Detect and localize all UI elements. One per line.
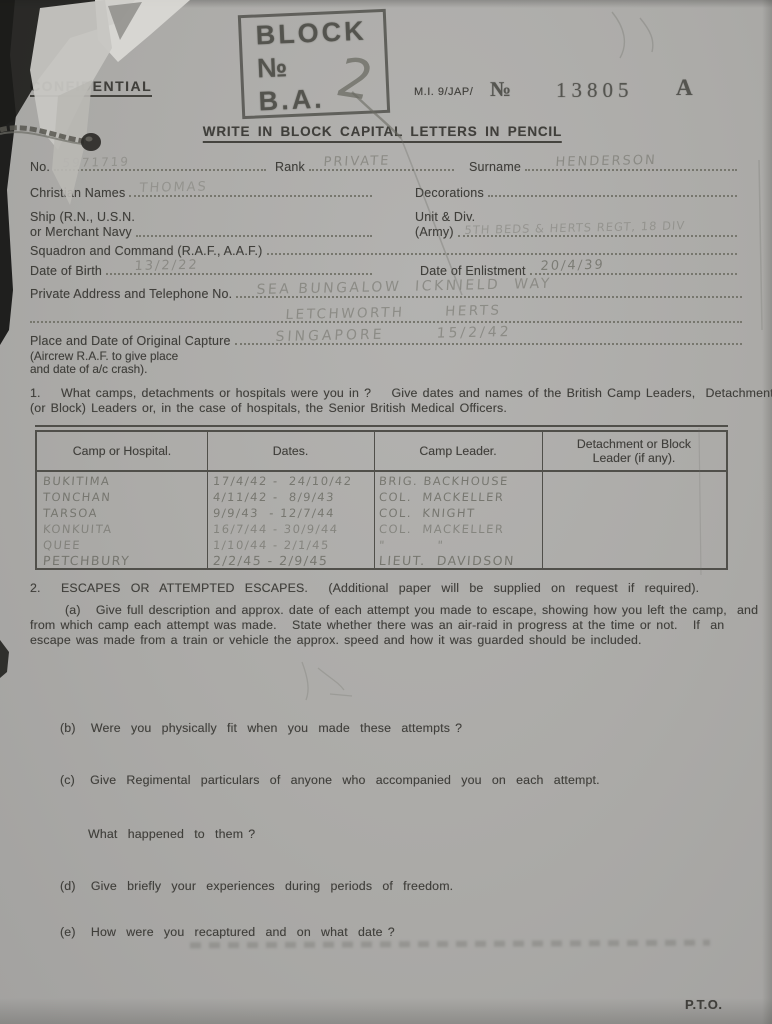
capture-note-line1: (Aircrew R.A.F. to give place	[30, 350, 178, 363]
question2e: (e) How were you recaptured and on what …	[60, 925, 395, 941]
unit-div-field-line: 5TH BEDS & HERTS REGT, 18 DIV	[458, 233, 737, 237]
camp-name: BUKITIMA	[43, 474, 111, 488]
pto-marking: P.T.O.	[685, 997, 722, 1012]
torn-paper-shadow	[108, 2, 142, 40]
corner-dark-patch	[0, 0, 135, 128]
unit-div-label-line2: (Army)	[415, 225, 454, 240]
capture-value: SINGAPORE 15/2/42	[275, 324, 512, 345]
camp-dates: 17/4/42 - 24/10/42	[213, 474, 354, 488]
camp-row: KONKUITA 16/7/44 - 30/9/44 COL. MACKELLE…	[37, 522, 726, 538]
ref-prefix: M.I. 9/JAP/	[414, 86, 473, 98]
ref-no-symbol: №	[490, 77, 511, 102]
pencil-scribble	[612, 12, 653, 58]
rank-field-line: PRIVATE	[309, 167, 454, 171]
address-value-line2: LETCHWORTH HERTS	[285, 302, 502, 323]
question2a-line3: escape was made from a train or vehicle …	[30, 633, 642, 649]
camp-leader: BRIG. BACKHOUSE	[379, 474, 510, 488]
date-of-birth-label: Date of Birth	[30, 264, 102, 278]
question1-line2: (or Block) Leaders or, in the case of ho…	[30, 401, 507, 417]
camp-dates: 1/10/44 - 2/1/45	[213, 538, 331, 552]
no-value: 5971719	[62, 155, 130, 170]
capture-field-line: SINGAPORE 15/2/42	[235, 341, 742, 345]
question2b: (b) Were you physically fit when you mad…	[60, 721, 462, 737]
camp-dates: 4/11/42 - 8/9/43	[213, 490, 336, 504]
grommet	[81, 133, 101, 151]
block-stamp-line1: BLOCK	[255, 14, 384, 53]
christian-names-label: Christian Names	[30, 186, 125, 200]
camp-leader: COL. KNIGHT	[379, 506, 477, 520]
camp-name: PETCHBURY	[42, 553, 130, 568]
question2a-line2: from which camp each attempt was made. S…	[30, 618, 724, 634]
surname-value: HENDERSON	[555, 153, 657, 170]
christian-names-field-line: THOMAS	[129, 193, 372, 197]
ship-label-line2: or Merchant Navy	[30, 225, 132, 240]
pow-questionnaire-scan: CONFIDENTIAL BLOCK № B.A. 2 M.I. 9/JAP/ …	[0, 0, 772, 1024]
question2c-followup: What happened to them ?	[88, 827, 255, 843]
rank-value: PRIVATE	[323, 154, 391, 170]
torn-paper-piece	[30, 0, 112, 150]
ink-bleed-through	[190, 940, 710, 949]
camp-row: PETCHBURY 2/2/45 - 2/9/45 LIEUT. DAVIDSO…	[37, 553, 726, 569]
header-dates: Dates.	[207, 432, 374, 470]
left-edge-shadow	[0, 0, 16, 345]
camp-name: KONKUITA	[43, 522, 114, 536]
ref-number: 13805	[556, 78, 634, 103]
camp-row: QUEE 1/10/44 - 2/1/45 " "	[37, 538, 726, 554]
address-label: Private Address and Telephone No.	[30, 287, 232, 301]
header-detachment-leader: Detachment or Block Leader (if any).	[542, 432, 726, 470]
squadron-label: Squadron and Command (R.A.F., A.A.F.)	[30, 244, 263, 258]
question2d: (d) Give briefly your experiences during…	[60, 879, 453, 895]
camp-leader: " "	[379, 538, 445, 552]
surname-field-line: HENDERSON	[525, 167, 737, 171]
camp-name: TARSOA	[43, 506, 99, 520]
torn-paper-piece	[95, 0, 190, 62]
capture-label: Place and Date of Original Capture	[30, 334, 231, 348]
decorations-field-line	[488, 193, 737, 197]
camp-leader: LIEUT. DAVIDSON	[378, 553, 515, 568]
address-value-line1: SEA BUNGALOW ICKNIELD WAY	[256, 276, 552, 298]
left-edge-nick	[0, 640, 9, 678]
camp-leader: COL. MACKELLER	[379, 522, 505, 536]
date-of-enlistment-value: 20/4/39	[540, 258, 605, 274]
ship-field-line	[136, 233, 372, 237]
camp-dates: 9/9/43 - 12/7/44	[213, 506, 336, 520]
date-of-enlistment-field-line: 20/4/39	[530, 271, 737, 275]
no-field-line: 5971719	[54, 167, 266, 171]
camp-dates: 2/2/45 - 2/9/45	[212, 553, 328, 568]
rank-label: Rank	[275, 160, 305, 174]
address-field-line1: SEA BUNGALOW ICKNIELD WAY	[236, 294, 742, 298]
camp-row: TARSOA 9/9/43 - 12/7/44 COL. KNIGHT	[37, 506, 726, 522]
header-camp-leader: Camp Leader.	[374, 432, 542, 470]
camp-leader: COL. MACKELLER	[379, 490, 505, 504]
tag-string-highlight	[0, 132, 84, 144]
confidential-marking: CONFIDENTIAL	[30, 78, 152, 97]
grommet-highlight	[86, 137, 93, 142]
address-field-line2: LETCHWORTH HERTS	[30, 319, 742, 323]
camp-name: TONCHAN	[43, 490, 112, 504]
no-label: No.	[30, 160, 50, 174]
camp-row: TONCHAN 4/11/42 - 8/9/43 COL. MACKELLER	[37, 490, 726, 506]
camp-dates: 16/7/44 - 30/9/44	[213, 522, 340, 536]
header-camp-or-hospital: Camp or Hospital.	[37, 432, 207, 470]
date-of-birth-field-line: 13/2/22	[106, 271, 372, 275]
camp-name: QUEE	[43, 538, 82, 552]
tag-string	[0, 128, 84, 141]
decorations-label: Decorations	[415, 186, 484, 200]
question1-line1: 1. What camps, detachments or hospitals …	[30, 386, 772, 402]
squadron-field-line	[267, 251, 737, 255]
ref-series-letter: A	[676, 75, 693, 101]
question2a-line1: (a) Give full description and approx. da…	[65, 603, 758, 619]
ship-label-line1: Ship (R.N., U.S.N.	[30, 210, 375, 225]
paper-crease	[759, 160, 762, 330]
form-instruction-heading: WRITE IN BLOCK CAPITAL LETTERS IN PENCIL	[203, 124, 562, 143]
camps-table-header-row: Camp or Hospital. Dates. Camp Leader. De…	[37, 432, 726, 472]
date-of-birth-value: 13/2/22	[134, 258, 199, 274]
christian-names-value: THOMAS	[139, 180, 208, 196]
camps-table: Camp or Hospital. Dates. Camp Leader. De…	[35, 430, 728, 570]
camp-row: BUKITIMA 17/4/42 - 24/10/42 BRIG. BACKHO…	[37, 474, 726, 490]
pencil-smudge	[302, 662, 352, 700]
surname-label: Surname	[469, 160, 521, 174]
question2c: (c) Give Regimental particulars of anyon…	[60, 773, 600, 789]
question2-title: 2. ESCAPES OR ATTEMPTED ESCAPES. (Additi…	[30, 581, 699, 597]
capture-note-line2: and date of a/c crash).	[30, 363, 147, 376]
